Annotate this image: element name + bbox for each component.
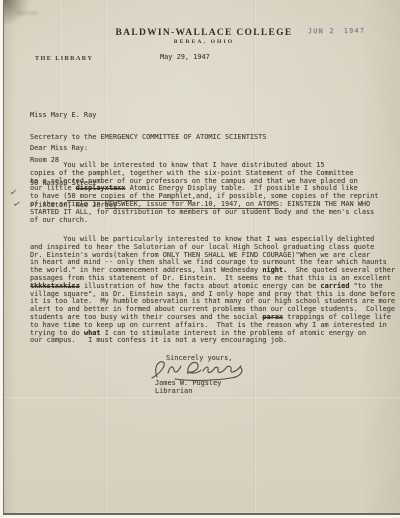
paper-fold — [4, 396, 400, 399]
letterhead-city: BEREA, OHIO — [174, 39, 234, 45]
scanned-letter-page: { "colors": { "paper": "#d9d3c2", "ink":… — [0, 0, 400, 518]
letter-date: May 29, 1947 — [160, 54, 210, 62]
stamp-month-day: JUN 2 — [308, 27, 335, 35]
stamp-year: 1947 — [344, 27, 366, 35]
signer-title: Librarian — [155, 388, 192, 396]
pencil-smudge — [16, 11, 38, 15]
recipient-line: Secretary to the EMERGENCY COMMITTEE OF … — [30, 134, 266, 142]
recipient-line: Miss Mary E. Ray — [30, 112, 266, 120]
typed-line: our campus. I must confess it is not a v… — [30, 337, 395, 345]
letterhead-college-name: BALDWIN-WALLACE COLLEGE — [116, 28, 293, 38]
received-date-stamp: JUN 21947 — [308, 27, 365, 36]
checkmark-annotation: ✓ — [9, 188, 18, 199]
body-paragraph-2: You will be particularly interested to k… — [30, 236, 395, 345]
salutation: Dear Miss Ray: — [30, 145, 88, 153]
body-paragraph-1: You will be interested to know that I ha… — [30, 162, 379, 224]
typed-line: of our church. — [30, 217, 379, 225]
letterhead-department: THE LIBRARY — [35, 55, 93, 62]
